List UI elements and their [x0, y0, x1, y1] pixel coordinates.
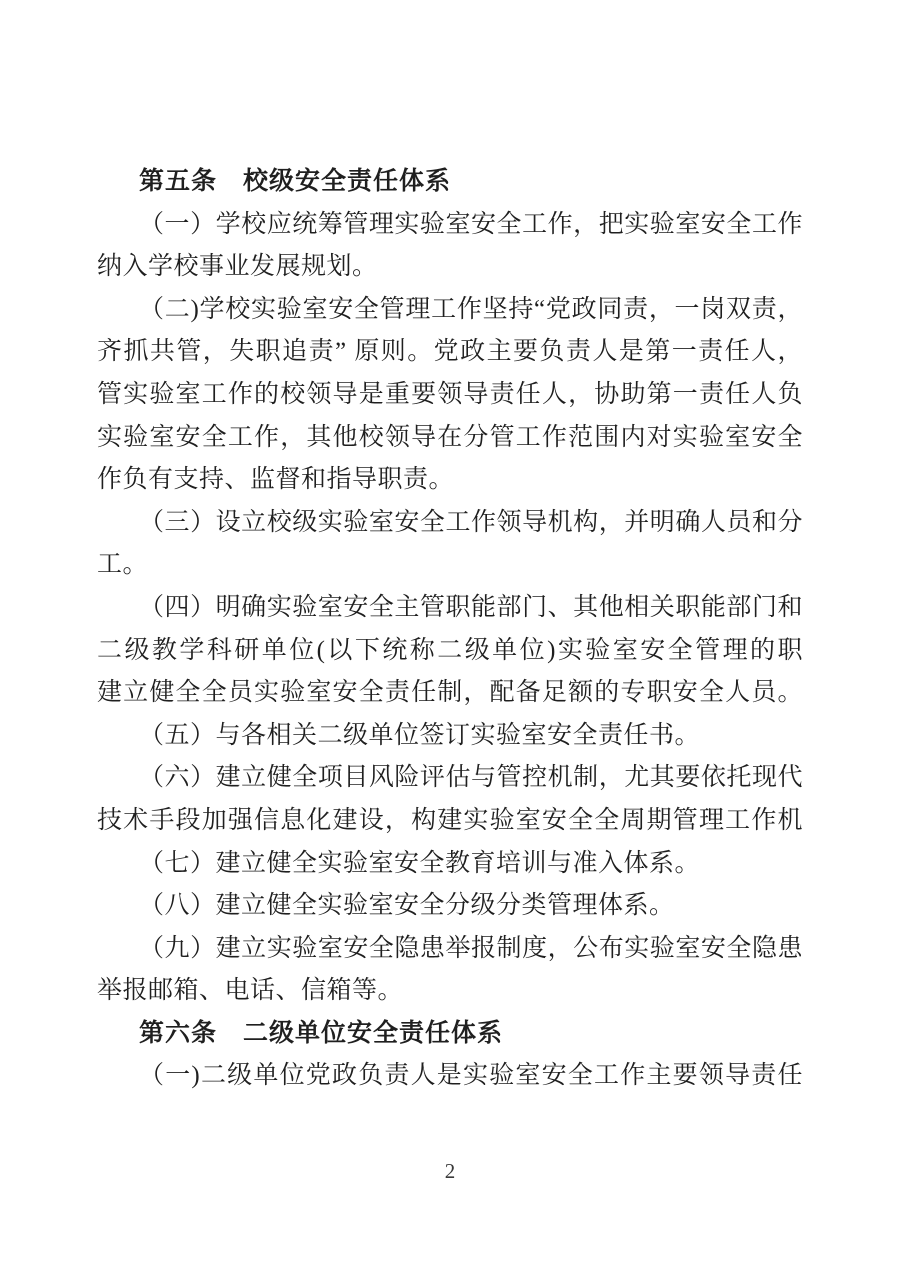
- doc-line: 管实验室工作的校领导是重要领导责任人，协助第一责任人负责: [97, 374, 803, 417]
- article-5-heading: 第五条 校级安全责任体系: [97, 161, 803, 204]
- doc-line: 齐抓共管，失职追责” 原则。党政主要负责人是第一责任人，分: [97, 331, 803, 374]
- doc-line: 工。: [97, 544, 803, 587]
- page-number: 2: [0, 1156, 900, 1186]
- doc-line: （七）建立健全实验室安全教育培训与准入体系。: [97, 843, 803, 886]
- doc-line: 实验室安全工作，其他校领导在分管工作范围内对实验室安全工: [97, 417, 803, 460]
- article-6-heading: 第六条 二级单位安全责任体系: [97, 1013, 803, 1056]
- document-page: 第五条 校级安全责任体系 （一）学校应统筹管理实验室安全工作，把实验室安全工作 …: [0, 0, 900, 1272]
- doc-line: 作负有支持、监督和指导职责。: [97, 459, 803, 502]
- doc-line: （二)学校实验室安全管理工作坚持“党政同责，一岗双责，: [97, 289, 803, 332]
- doc-line: （八）建立健全实验室安全分级分类管理体系。: [97, 885, 803, 928]
- doc-line: 纳入学校事业发展规划。: [97, 246, 803, 289]
- doc-line: （一)二级单位党政负责人是实验室安全工作主要领导责任: [97, 1055, 803, 1098]
- doc-line: （九）建立实验室安全隐患举报制度，公布实验室安全隐患: [97, 928, 803, 971]
- doc-line: （三）设立校级实验室安全工作领导机构，并明确人员和分: [97, 502, 803, 545]
- doc-line: 技术手段加强信息化建设，构建实验室安全全周期管理工作机制。: [97, 800, 803, 843]
- doc-line: 举报邮箱、电话、信箱等。: [97, 970, 803, 1013]
- document-body: 第五条 校级安全责任体系 （一）学校应统筹管理实验室安全工作，把实验室安全工作 …: [97, 161, 803, 1098]
- doc-line: （六）建立健全项目风险评估与管控机制，尤其要依托现代: [97, 757, 803, 800]
- doc-line: （四）明确实验室安全主管职能部门、其他相关职能部门和: [97, 587, 803, 630]
- doc-line: （五）与各相关二级单位签订实验室安全责任书。: [97, 715, 803, 758]
- doc-line: 建立健全全员实验室安全责任制，配备足额的专职安全人员。: [97, 672, 803, 715]
- doc-line: （一）学校应统筹管理实验室安全工作，把实验室安全工作: [97, 204, 803, 247]
- doc-line: 二级教学科研单位(以下统称二级单位)实验室安全管理的职责，: [97, 630, 803, 673]
